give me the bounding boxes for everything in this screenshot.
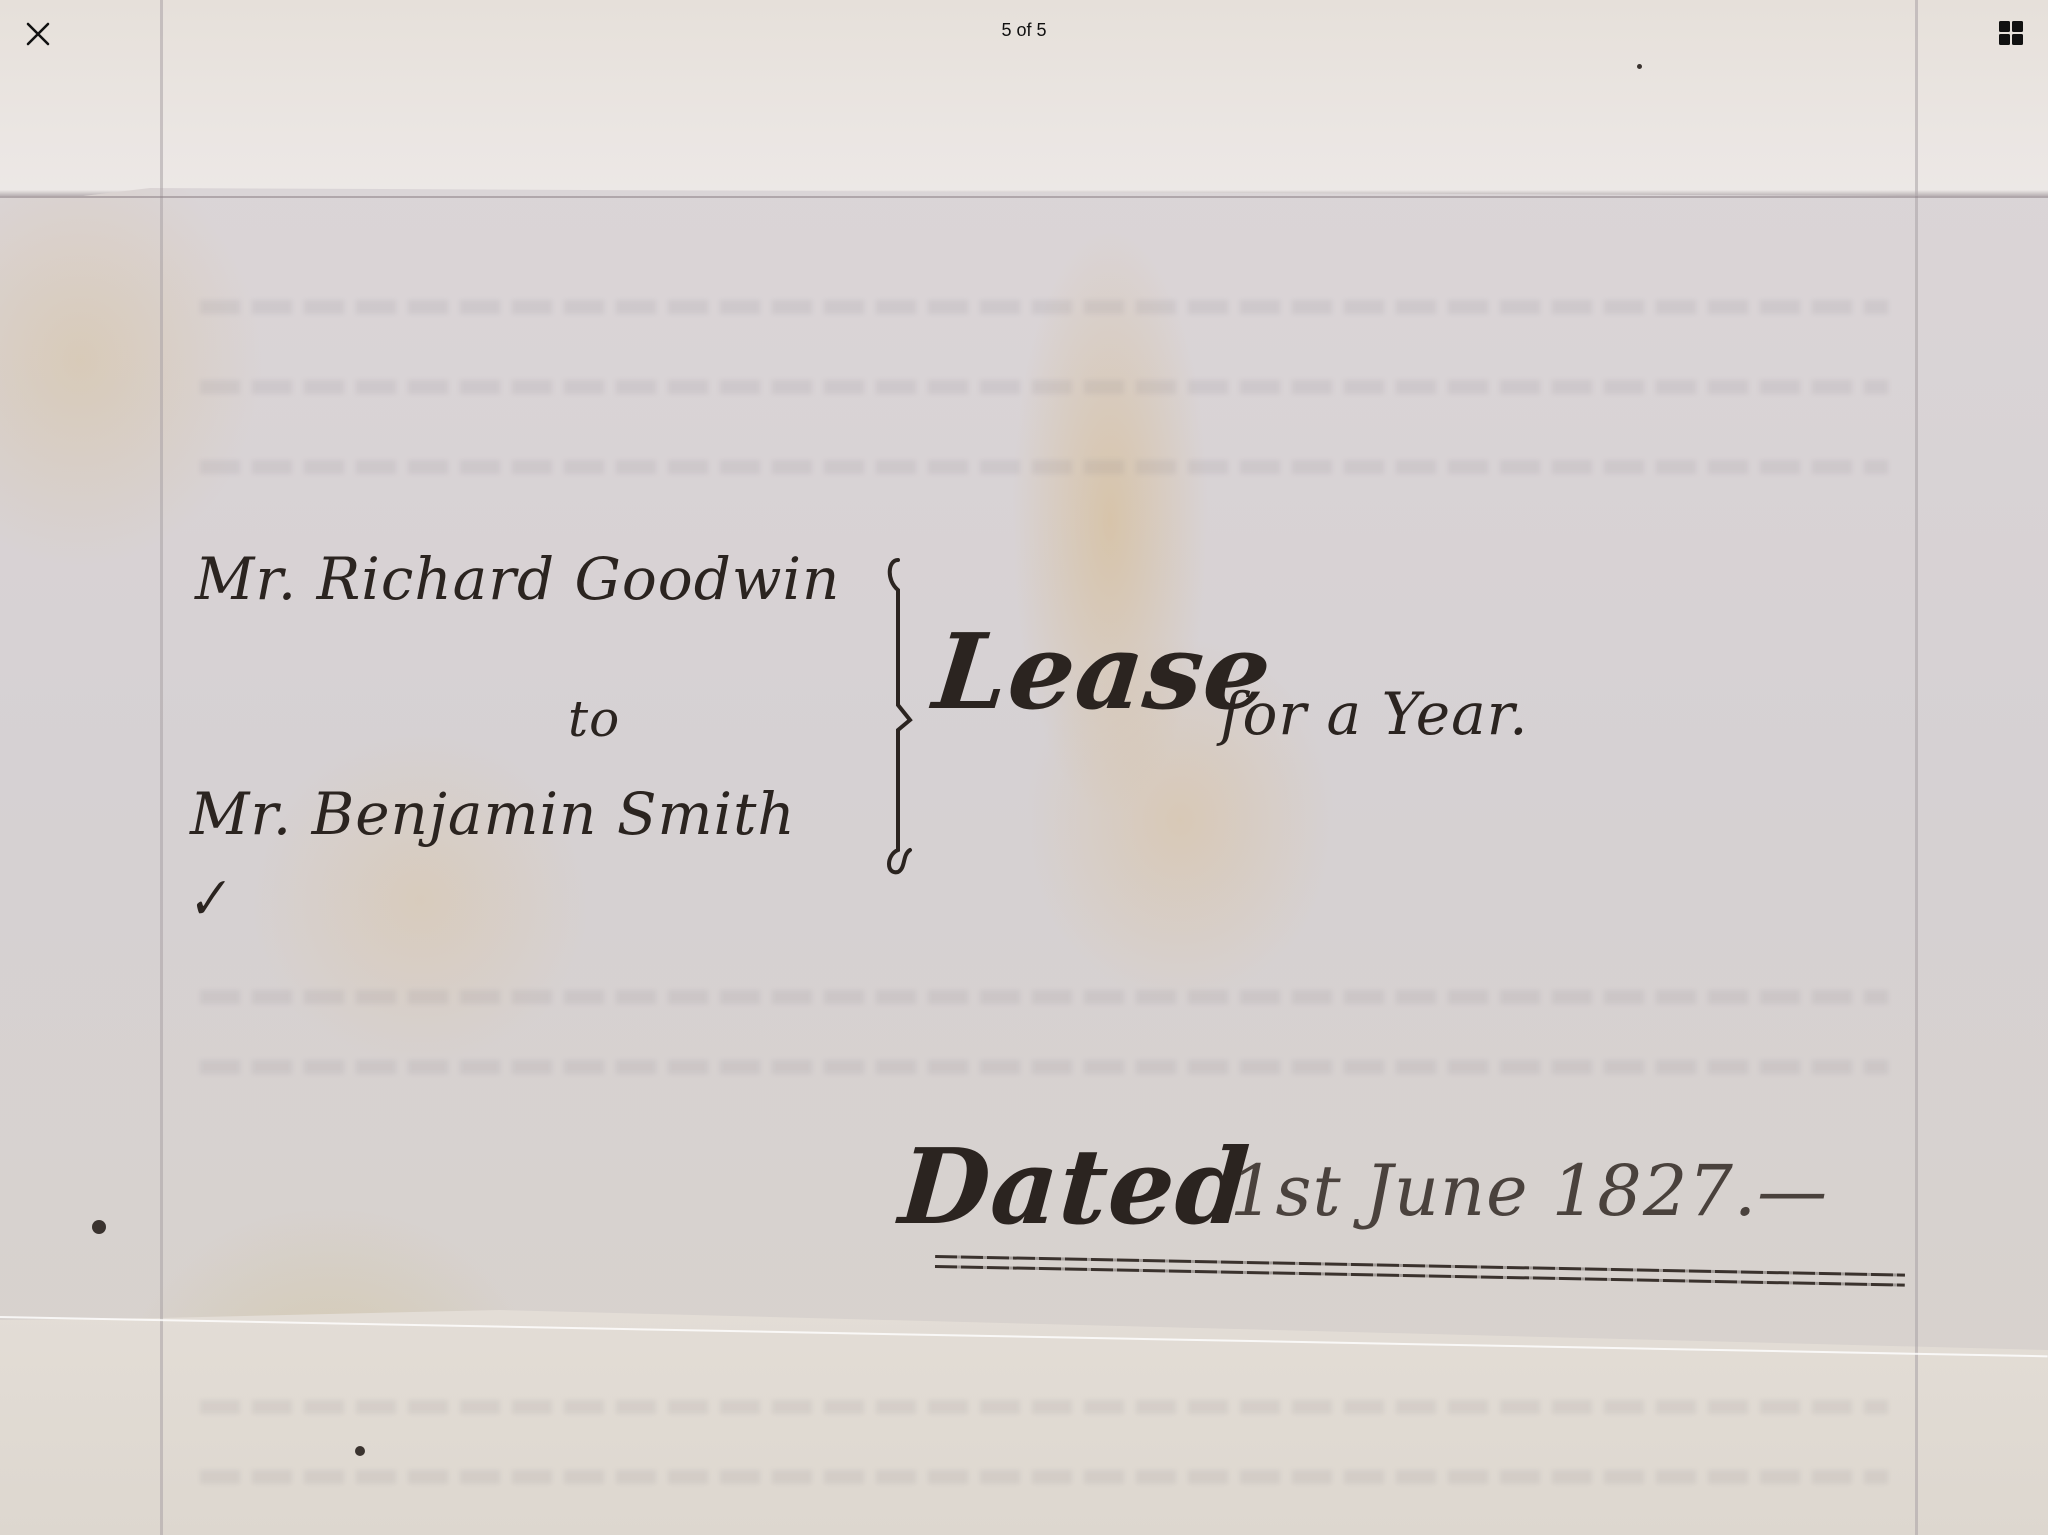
document-photo: Mr. Richard Goodwin to Mr. Benjamin Smit… bbox=[0, 0, 2048, 1535]
fold-crease bbox=[160, 0, 163, 1535]
double-underline bbox=[935, 1255, 1905, 1292]
paper-fold-bottom bbox=[0, 1310, 2048, 1535]
ink-spot bbox=[1637, 64, 1642, 69]
bleed-through-text bbox=[200, 1060, 1888, 1074]
image-counter: 5 of 5 bbox=[0, 20, 2048, 41]
bleed-through-text bbox=[200, 380, 1888, 394]
document-subtitle: for a Year. bbox=[1220, 680, 1529, 748]
party-one-name: Mr. Richard Goodwin bbox=[195, 545, 840, 613]
fold-crease bbox=[1915, 0, 1918, 1535]
dated-value: 1st June 1827.— bbox=[1230, 1150, 1828, 1232]
curly-brace-icon bbox=[880, 550, 920, 880]
ink-spot bbox=[92, 1220, 106, 1234]
dated-label: Dated bbox=[896, 1125, 1254, 1248]
bleed-through-text bbox=[200, 1470, 1888, 1484]
image-lightbox: Mr. Richard Goodwin to Mr. Benjamin Smit… bbox=[0, 0, 2048, 1535]
grid-view-icon bbox=[1998, 20, 2024, 46]
image-counter-text: 5 of 5 bbox=[1001, 20, 1046, 41]
bleed-through-text bbox=[200, 300, 1888, 314]
party-separator: to bbox=[568, 690, 620, 748]
party-two-name: Mr. Benjamin Smith bbox=[190, 780, 796, 848]
check-mark-icon: ✓ bbox=[180, 867, 234, 934]
bleed-through-text bbox=[200, 460, 1888, 474]
bleed-through-text bbox=[200, 1400, 1888, 1414]
ink-spot bbox=[355, 1446, 365, 1456]
fold-crease bbox=[0, 196, 2048, 198]
bleed-through-text bbox=[200, 990, 1888, 1004]
grid-view-button[interactable] bbox=[1996, 18, 2026, 48]
